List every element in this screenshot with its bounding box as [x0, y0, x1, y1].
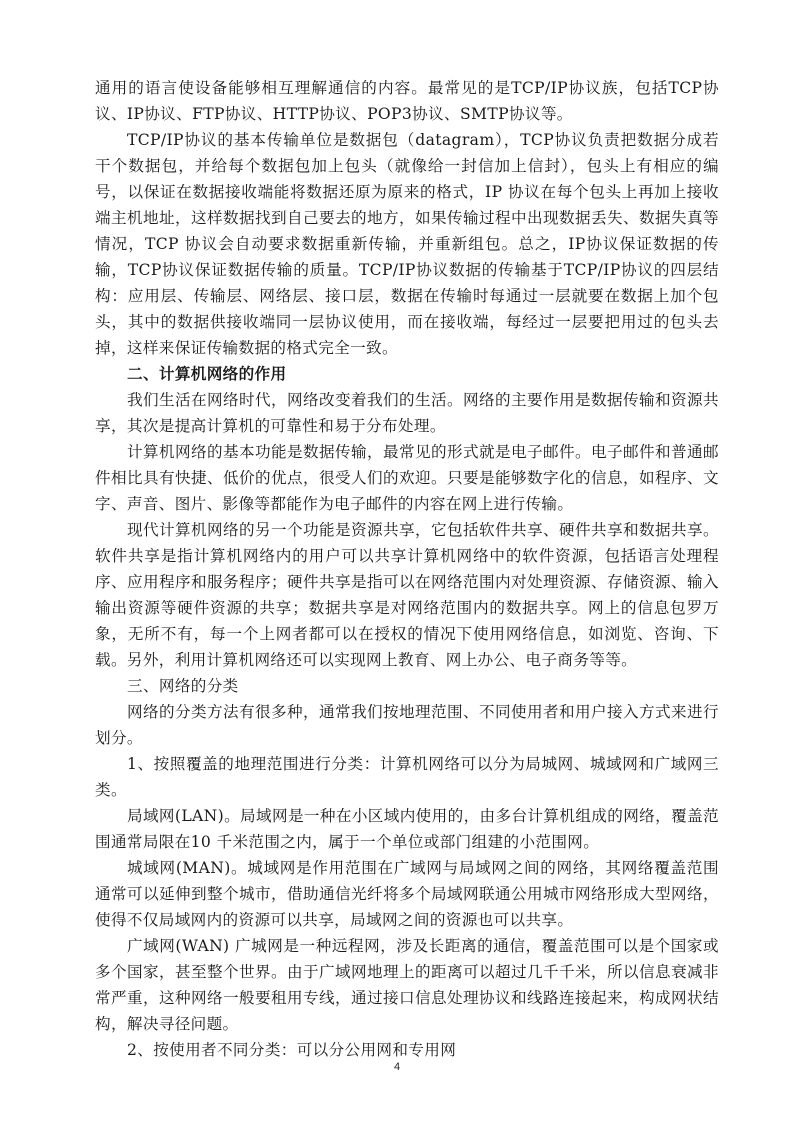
paragraph-resource-sharing: 现代计算机网络的另一个功能是资源共享，它包括软件共享、硬件共享和数据共享。软件共…: [95, 517, 719, 673]
paragraph-lan: 局域网(LAN)。局域网是一种在小区域内使用的，由多台计算机组成的网络，覆盖范围…: [95, 803, 719, 855]
paragraph-network-era: 我们生活在网络时代，网络改变着我们的生活。网络的主要作用是数据传输和资源共享，其…: [95, 387, 719, 439]
section-heading-network-role: 二、计算机网络的作用: [95, 361, 719, 387]
section-heading-network-classification: 三、网络的分类: [95, 673, 719, 699]
paragraph-user-classification: 2、按使用者不同分类：可以分公用网和专用网: [95, 1037, 719, 1063]
document-page: 通用的语言使设备能够相互理解通信的内容。最常见的是TCP/IP协议族，包括TCP…: [95, 75, 719, 1063]
paragraph-geographic-classification: 1、按照覆盖的地理范围进行分类：计算机网络可以分为局城网、城域网和广域网三类。: [95, 751, 719, 803]
page-number: 4: [0, 1061, 794, 1073]
paragraph-data-transmission: 计算机网络的基本功能是数据传输，最常见的形式就是电子邮件。电子邮件和普通邮件相比…: [95, 439, 719, 517]
paragraph-protocol-intro: 通用的语言使设备能够相互理解通信的内容。最常见的是TCP/IP协议族，包括TCP…: [95, 75, 719, 127]
paragraph-man: 城域网(MAN)。城域网是作用范围在广域网与局域网之间的网络，其网络覆盖范围通常…: [95, 855, 719, 933]
paragraph-wan: 广域网(WAN) 广城网是一种远程网，涉及长距离的通信，覆盖范围可以是个国家或多…: [95, 933, 719, 1037]
paragraph-classification-methods: 网络的分类方法有很多种，通常我们按地理范围、不同使用者和用户接入方式来进行划分。: [95, 699, 719, 751]
paragraph-tcpip-transmission: TCP/IP协议的基本传输单位是数据包（datagram），TCP协议负责把数据…: [95, 127, 719, 361]
